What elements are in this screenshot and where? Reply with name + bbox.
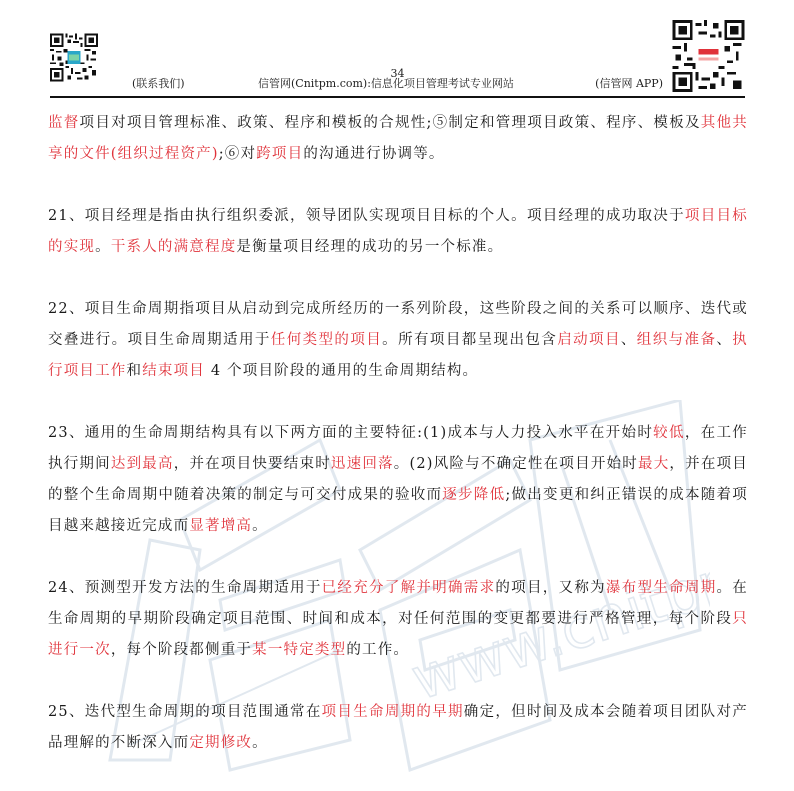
body-text: 23、通用的生命周期结构具有以下两方面的主要特征:(1)成本与人力投入水平在开始… (48, 425, 653, 441)
body-text: ，并在项目快要结束时 (174, 456, 331, 472)
body-text: 。 (95, 239, 111, 255)
body-text: 的沟通进行协调等。 (303, 146, 444, 162)
highlighted-term: 达到最高 (111, 456, 174, 472)
body-text: 是衡量项目经理的成功的另一个标准。 (236, 239, 503, 255)
page-header: (联系我们) 34 信管网(Cnitpm.com):信息化项目管理考试专业网站 … (50, 20, 745, 95)
body-text: ;⑥对 (219, 146, 257, 162)
body-text: 的项目，又称为 (495, 580, 606, 596)
body-text: ，每个阶段都侧重于 (111, 642, 252, 658)
body-text: 项目对项目管理标准、政策、程序和模板的合规性;⑤制定和管理项目政策、程序、模板及 (80, 115, 701, 131)
body-text: 。 (252, 518, 268, 534)
body-text: 的工作。 (346, 642, 409, 658)
site-title[interactable]: 信管网(Cnitpm.com):信息化项目管理考试专业网站 (258, 75, 514, 91)
body-text: 和 (127, 363, 143, 379)
paragraph-21: 21、项目经理是指由执行组织委派，领导团队实现项目目标的个人。项目经理的成功取决… (48, 201, 748, 263)
highlighted-term: 启动项目 (557, 332, 621, 348)
body-text: 。(2)风险与不确定性在项目开始时 (394, 456, 638, 472)
highlighted-term: 最大 (638, 456, 669, 472)
header-divider (50, 96, 745, 98)
paragraph-25: 25、迭代型生命周期的项目范围通常在项目生命周期的早期确定，但时间及成本会随着项… (48, 697, 748, 759)
highlighted-term: 任何类型的项目 (271, 332, 382, 348)
paragraph-24: 24、预测型开发方法的生命周期适用于已经充分了解并明确需求的项目，又称为瀑布型生… (48, 573, 748, 666)
body-text: 。 (252, 735, 268, 751)
app-label[interactable]: (信管网 APP) (595, 75, 663, 91)
highlighted-term: 已经充分了解并明确需求 (322, 580, 496, 596)
body-text: 25、迭代型生命周期的项目范围通常在 (48, 704, 322, 720)
qr-code-contact-icon (50, 25, 98, 90)
highlighted-term: 较低 (653, 425, 685, 441)
highlighted-term: 迅速回落 (331, 456, 394, 472)
highlighted-term: 组织与准备 (637, 332, 717, 348)
body-text: 24、预测型开发方法的生命周期适用于 (48, 580, 322, 596)
highlighted-term: 显著增高 (189, 518, 252, 534)
paragraph-continued: 监督项目对项目管理标准、政策、程序和模板的合规性;⑤制定和管理项目政策、程序、模… (48, 108, 748, 170)
paragraph-22: 22、项目生命周期指项目从启动到完成所经历的一系列阶段，这些阶段之间的关系可以顺… (48, 294, 748, 387)
highlighted-term: 定期修改 (189, 735, 252, 751)
highlighted-term: 某一特定类型 (252, 642, 346, 658)
body-text: 、 (716, 332, 732, 348)
body-text: 。所有项目都呈现出包含 (382, 332, 557, 348)
paragraph-23: 23、通用的生命周期结构具有以下两方面的主要特征:(1)成本与人力投入水平在开始… (48, 418, 748, 542)
highlighted-term: 结束项目 (142, 363, 205, 379)
highlighted-term: 逐步降低 (442, 487, 505, 503)
body-text: 、 (621, 332, 637, 348)
qr-code-app-icon (672, 20, 745, 92)
highlighted-term: 监督 (48, 115, 80, 131)
highlighted-term: 瀑布型生命周期 (606, 580, 717, 596)
body-text: 21、项目经理是指由执行组织委派，领导团队实现项目目标的个人。项目经理的成功取决… (48, 208, 685, 224)
body-text: 4 个项目阶段的通用的生命周期结构。 (205, 363, 478, 379)
highlighted-term: 项目生命周期的早期 (322, 704, 464, 720)
highlighted-term: 跨项目 (256, 146, 303, 162)
highlighted-term: 干系人的满意程度 (111, 239, 237, 255)
document-body: 监督项目对项目管理标准、政策、程序和模板的合规性;⑤制定和管理项目政策、程序、模… (48, 108, 748, 759)
